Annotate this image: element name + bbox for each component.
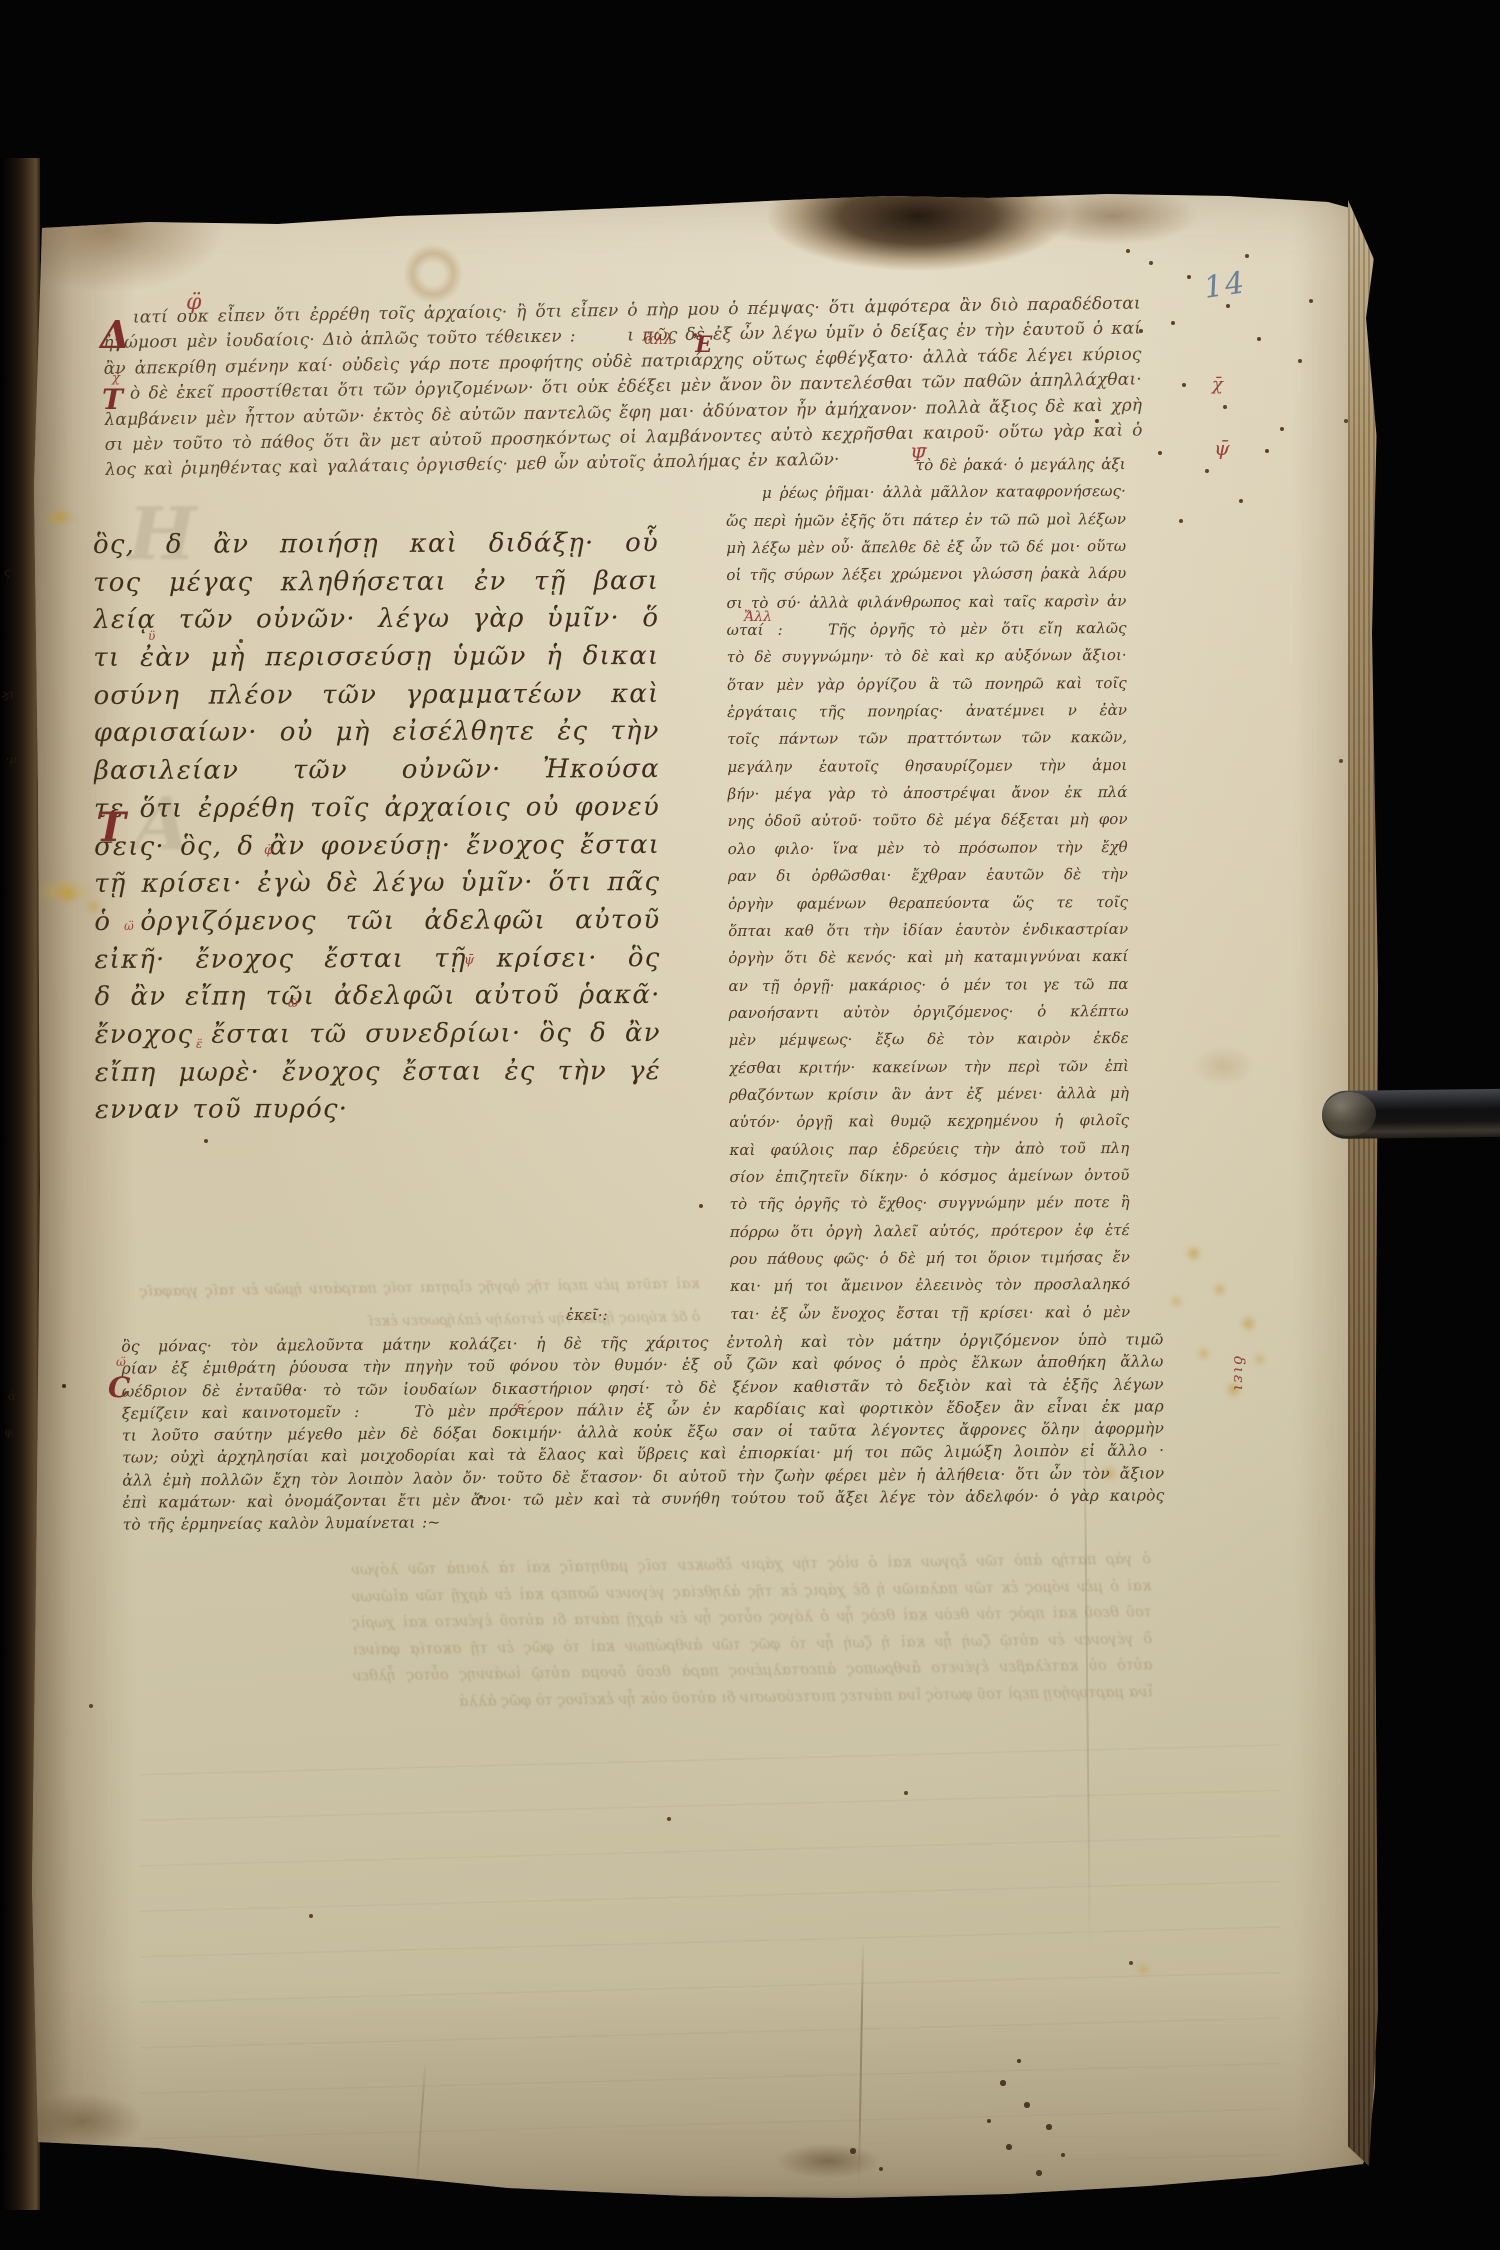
text-line: οἱ τῆς σύρων λέξει χρώμενοι γλώσση ῥακὰ … <box>726 560 1126 589</box>
text-line: πόρρω ὅτι ὀργὴ λαλεῖ αὐτός, πρότερον ἐφ … <box>730 1217 1130 1246</box>
text-line: τὸ δὲ ῥακά· ὁ μεγάλης ἀξι ὑ <box>726 451 1126 480</box>
text-line: φαρισαίων· οὐ μὴ εἰσέλθητε ἐς τὴν <box>94 713 660 753</box>
folio-number: 14 <box>1202 265 1249 306</box>
text-line: καὶ φαύλοις παρ ἐδρεύεις τὴν ἀπὸ τοῦ πλη <box>729 1135 1129 1164</box>
text-line: ρου πάθους φῶς· ὁ δὲ μή τοι ὅριον τιμήσα… <box>730 1244 1130 1273</box>
text-line: ὀργὴν φαμένων θεραπεύοντα ὥς τε τοῖς <box>728 888 1128 917</box>
text-line: ὁ ὀργιζόμενος τῶι ἀδελφῶι αὐτοῦ <box>94 902 660 942</box>
showthrough-text-upper: καὶ ταῦτα μὲν περὶ τῆς ὀργῆς εἴρηται τοῖ… <box>140 1268 701 1342</box>
text-line: σι τὸ σύ· ἀλλὰ φιλάνθρωπος καὶ ταῖς καρσ… <box>726 588 1126 617</box>
margin-note-vertical: διει <box>1230 1356 1248 1393</box>
text-line: ὃς, δ ἂν ποιήσῃ καὶ διδάξῃ· οὗ <box>93 525 659 565</box>
text-line: τι ἐὰν μὴ περισσεύσῃ ὑμῶν ἡ δικαι <box>93 638 659 678</box>
text-line: και· μή τοι ἄμεινον ἐλεεινὸς τὸν προσλαλ… <box>730 1271 1130 1300</box>
showthrough-text-lower: ὁ γὰρ πατὴρ ἀπὸ τῶν ἔργων καὶ ὁ υἱὸς τὴν… <box>351 1546 1153 1716</box>
text-line: βασιλείαν τῶν οὐνῶν· Ἠκούσα <box>94 751 660 791</box>
commentary-column: τὸ δὲ ῥακά· ὁ μεγάλης ἀξι ὑμ ῥέως ῥῆμαι·… <box>726 451 1131 1328</box>
text-line: μὲν μέμψεως· ἔξω δὲ τὸν καιρὸν ἐκδε <box>729 1025 1129 1054</box>
text-line: τῇ κρίσει· ἐγὼ δὲ λέγω ὑμῖν· ὅτι πᾶς <box>94 864 660 904</box>
text-line: ἐργάταις τῆς πονηρίας· ἀνατέμνει ν ἐὰν <box>727 697 1127 726</box>
text-line: ραν δι ὀρθῶσθαι· ἔχθραν ἑαυτῶν δὲ τὴν <box>728 861 1128 890</box>
gospel-lemma-column: ὃς, δ ἂν ποιήσῃ καὶ διδάξῃ· οὗτος μέγας … <box>93 525 661 1130</box>
foxing-spots <box>0 0 3 3</box>
line-fragment: ἐκεῖ·: <box>566 1306 608 1324</box>
manuscript-photo: καὶ ταῦτα μὲν περὶ τῆς ὀργῆς εἴρηται τοῖ… <box>0 0 1500 2250</box>
text-line: τὸ δὲ συγγνώμην· τὸ δὲ καὶ κρ αὐξόνων ἄξ… <box>727 642 1127 671</box>
text-line: τὸ τῆς ὀργῆς τὸ ἔχθος· συγγνώμην μέν ποτ… <box>730 1189 1130 1218</box>
text-line: οσύνη πλέον τῶν γραμματέων καὶ <box>93 676 659 716</box>
text-line: ται· ἐξ ὧν ἔνοχος ἔσται τῇ κρίσει· καὶ ὁ… <box>730 1299 1130 1328</box>
ruling-scratches <box>140 1730 1280 2160</box>
lower-text-block: ὃς μόνας· τὸν ἀμελοῦντα μάτην κολάζει· ἡ… <box>121 1328 1164 1536</box>
text-line: σίον ἐπιζητεῖν δίκην· ὁ κόσμος ἀμείνων ὀ… <box>729 1162 1129 1191</box>
text-line: σεις· ὃς, δ ἂν φονεύσῃ· ἔνοχος ἔσται <box>94 827 660 867</box>
text-line: ενναν τοῦ πυρός· <box>95 1090 661 1130</box>
text-line: αν τῇ ὀργῇ· μακάριος· ὁ μέν τοι γε τῶ πα <box>728 970 1128 999</box>
text-line: νης ὁδοῦ αὐτοῦ· τοῦτο δὲ μέγα δέξεται μὴ… <box>728 806 1128 835</box>
text-line: αὐτόν· ὀργῇ καὶ θυμῷ κεχρημένου ἡ φιλοῖς <box>729 1107 1129 1136</box>
text-line: εἰκῆ· ἔνοχος ἔσται τῇ κρίσει· ὃς <box>94 940 660 980</box>
text-line: ὅπται καθ ὅτι τὴν ἰδίαν ἑαυτὸν ἐνδικαστρ… <box>728 916 1128 945</box>
text-line: χέσθαι κριτήν· κακείνων τὴν περὶ τῶν ἐπὶ <box>729 1053 1129 1082</box>
text-line: μεγάλην ἑαυτοῖς θησαυρίζομεν τὴν ἀμοι <box>727 752 1127 781</box>
text-line: μὴ λέξω μὲν οὖ· ἄπελθε δὲ ἐξ ὦν τῶ δέ μο… <box>726 533 1126 562</box>
text-line: μ ῥέως ῥῆμαι· ἀλλὰ μᾶλλον καταφρονήσεως· <box>726 478 1126 507</box>
text-line: ρθαζόντων κρίσιν ἂν ἀντ ἐξ μένει· ἀλλὰ μ… <box>729 1080 1129 1109</box>
page-fore-edge <box>1348 200 1378 2166</box>
text-line: τος μέγας κληθήσεται ἐν τῇ βασι <box>93 563 659 603</box>
text-line: ὅταν μὲν γὰρ ὀργίζου ἃ τῶ πονηρῶ καὶ τοῖ… <box>727 670 1127 699</box>
text-line: τε ὅτι ἐρρέθη τοῖς ἀρχαίοις οὐ φονεύ <box>94 789 660 829</box>
text-line: δ ἂν εἴπη τῶι ἀδελφῶι αὐτοῦ ῥακᾶ· <box>95 977 661 1017</box>
text-line: βήν· μέγα γὰρ τὸ ἀποστρέψαι ἄνον ἐκ πλά <box>727 779 1127 808</box>
text-line: ρανοήσαντι αὐτὸν ὀργιζόμενος· ὁ κλέπτω <box>729 998 1129 1027</box>
text-line: ἔνοχος ἔσται τῶ συνεδρίωι· ὃς δ ἂν <box>95 1015 661 1055</box>
page-holder-rod-tip <box>1322 1092 1376 1136</box>
text-line: τοῖς πάντων τῶν πραττόντων τῶν κακῶν, <box>727 724 1127 753</box>
text-line: λείᾳ τῶν οὐνῶν· λέγω γὰρ ὑμῖν· ὅ <box>93 600 659 640</box>
text-line: εἴπη μωρὲ· ἔνοχος ἔσται ἐς τὴν γέ <box>95 1053 661 1093</box>
text-line: ὥς περὶ ἡμῶν ἐξῆς ὅτι πάτερ ἐν τῶ πῶ μοὶ… <box>726 506 1126 535</box>
text-line: ὀργὴν ὅτι δὲ κενός· καὶ μὴ καταμιγνύναι … <box>728 943 1128 972</box>
text-line: ωταί : Τῆς ὀργῆς τὸ μὲν ὅτι εἴη καλῶς <box>727 615 1127 644</box>
text-line: ολο φιλο· ἵνα μὲν τὸ πρόσωπον τὴν ἔχθ <box>728 834 1128 863</box>
